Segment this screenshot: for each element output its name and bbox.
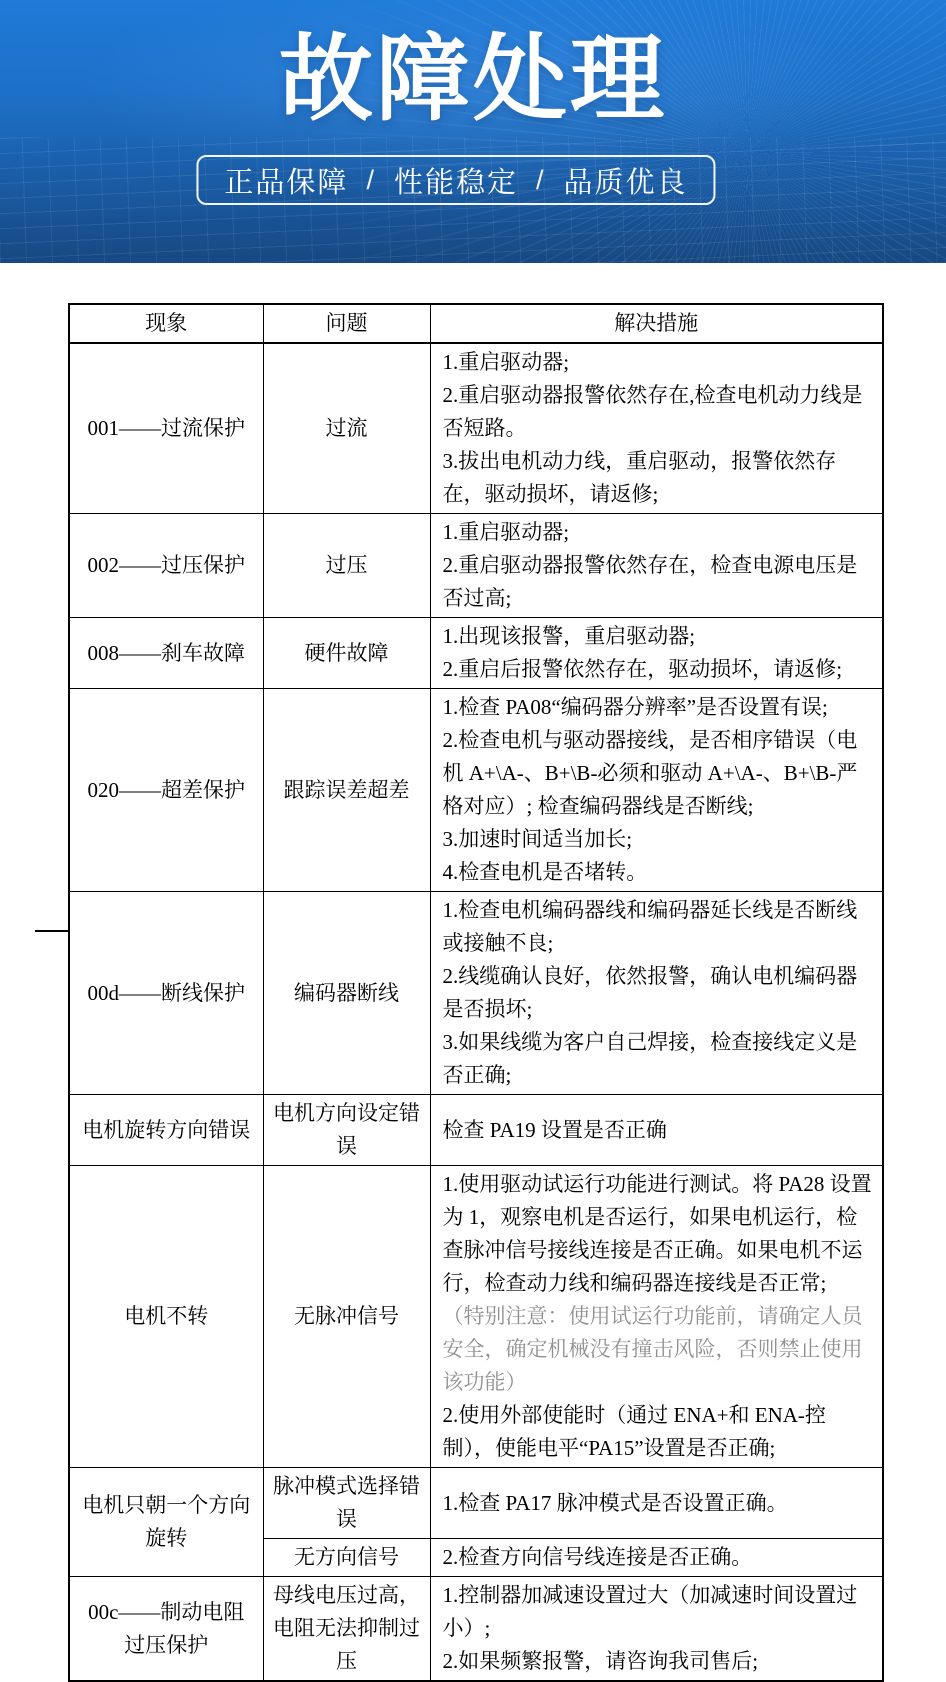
solution-line: 2.重启驱动器报警依然存在,检查电机动力线是否短路。: [443, 379, 875, 445]
quality-badge: 正品保障 / 性能稳定 / 品质优良: [196, 155, 715, 205]
table-row: 008——刹车故障 硬件故障 1.出现该报警，重启驱动器; 2.重启后报警依然存…: [69, 618, 883, 689]
solution-cell: 1.出现该报警，重启驱动器; 2.重启后报警依然存在，驱动损坏，请返修;: [430, 618, 883, 689]
phenomenon-cell: 电机旋转方向错误: [69, 1095, 263, 1166]
table-row: 电机只朝一个方向旋转 脉冲模式选择错误 1.检查 PA17 脉冲模式是否设置正确…: [69, 1468, 883, 1539]
phenomenon-cell: 00c——制动电阻过压保护: [69, 1577, 263, 1682]
badge-separator: /: [534, 165, 548, 196]
solution-line: 2.重启后报警依然存在，驱动损坏，请返修;: [443, 653, 875, 686]
table-row: 电机不转 无脉冲信号 1.使用驱动试运行功能进行测试。将 PA28 设置为 1，…: [69, 1166, 883, 1468]
badge-separator: /: [364, 165, 378, 196]
problem-cell: 过压: [263, 514, 430, 618]
fault-table: 现象 问题 解决措施 001——过流保护 过流 1.重启驱动器; 2.重启驱动器…: [68, 303, 884, 1682]
solution-cell: 1.检查电机编码器线和编码器延长线是否断线或接触不良; 2.线缆确认良好，依然报…: [430, 892, 883, 1095]
solution-cell: 1.检查 PA17 脉冲模式是否设置正确。: [430, 1468, 883, 1539]
problem-cell: 无方向信号: [263, 1539, 430, 1577]
table-row: 020——超差保护 跟踪误差超差 1.检查 PA08“编码器分辨率”是否设置有误…: [69, 689, 883, 892]
table-row: 电机旋转方向错误 电机方向设定错误 检查 PA19 设置是否正确: [69, 1095, 883, 1166]
solution-note-line: （特别注意：使用试运行功能前，请确定人员安全，确定机械没有撞击风险，否则禁止使用…: [443, 1300, 875, 1399]
solution-cell: 1.控制器加减速设置过大（加减速时间设置过小）; 2.如果频繁报警，请咨询我司售…: [430, 1577, 883, 1682]
solution-line: 1.出现该报警，重启驱动器;: [443, 620, 875, 653]
solution-cell: 1.重启驱动器; 2.重启驱动器报警依然存在，检查电源电压是否过高;: [430, 514, 883, 618]
solution-line: 3.加速时间适当加长;: [443, 823, 875, 856]
badge-item: 品质优良: [563, 160, 687, 201]
problem-cell: 无脉冲信号: [263, 1166, 430, 1468]
solution-line: 检查 PA19 设置是否正确: [443, 1114, 875, 1147]
problem-cell: 脉冲模式选择错误: [263, 1468, 430, 1539]
solution-line: 2.使用外部使能时（通过 ENA+和 ENA-控制），使能电平“PA15”设置是…: [443, 1399, 875, 1465]
solution-line: 3.拔出电机动力线，重启驱动，报警依然存在，驱动损坏，请返修;: [443, 445, 875, 511]
solution-line: 1.检查 PA08“编码器分辨率”是否设置有误;: [443, 691, 875, 724]
problem-cell: 电机方向设定错误: [263, 1095, 430, 1166]
problem-cell: 编码器断线: [263, 892, 430, 1095]
phenomenon-cell: 00d——断线保护: [69, 892, 263, 1095]
solution-line: 2.检查电机与驱动器接线，是否相序错误（电机 A+\A-、B+\B-必须和驱动 …: [443, 724, 875, 823]
solution-line: 1.检查电机编码器线和编码器延长线是否断线或接触不良;: [443, 894, 875, 960]
problem-cell: 母线电压过高，电阻无法抑制过压: [263, 1577, 430, 1682]
table-row: 002——过压保护 过压 1.重启驱动器; 2.重启驱动器报警依然存在，检查电源…: [69, 514, 883, 618]
solution-line: 1.检查 PA17 脉冲模式是否设置正确。: [443, 1487, 875, 1520]
phenomenon-cell: 002——过压保护: [69, 514, 263, 618]
hero-banner: 故障处理 正品保障 / 性能稳定 / 品质优良: [0, 0, 946, 263]
solution-line: 3.如果线缆为客户自己焊接，检查接线定义是否正确;: [443, 1026, 875, 1092]
problem-cell: 硬件故障: [263, 618, 430, 689]
phenomenon-cell: 008——刹车故障: [69, 618, 263, 689]
solution-line: 1.控制器加减速设置过大（加减速时间设置过小）;: [443, 1579, 875, 1645]
table-row: 00c——制动电阻过压保护 母线电压过高，电阻无法抑制过压 1.控制器加减速设置…: [69, 1577, 883, 1682]
solution-cell: 2.检查方向信号线连接是否正确。: [430, 1539, 883, 1577]
solution-line: 4.检查电机是否堵转。: [443, 856, 875, 889]
page-title: 故障处理: [0, 26, 946, 131]
table-row: 00d——断线保护 编码器断线 1.检查电机编码器线和编码器延长线是否断线或接触…: [69, 892, 883, 1095]
header-solution: 解决措施: [430, 304, 883, 343]
troubleshooting-section: 现象 问题 解决措施 001——过流保护 过流 1.重启驱动器; 2.重启驱动器…: [0, 263, 946, 1682]
table-header-row: 现象 问题 解决措施: [69, 304, 883, 343]
header-problem: 问题: [263, 304, 430, 343]
solution-cell: 1.重启驱动器; 2.重启驱动器报警依然存在,检查电机动力线是否短路。 3.拔出…: [430, 343, 883, 514]
badge-item: 性能稳定: [394, 160, 518, 201]
phenomenon-cell: 电机只朝一个方向旋转: [69, 1468, 263, 1577]
solution-cell: 检查 PA19 设置是否正确: [430, 1095, 883, 1166]
phenomenon-cell: 020——超差保护: [69, 689, 263, 892]
solution-line: 2.检查方向信号线连接是否正确。: [443, 1541, 875, 1574]
badge-item: 正品保障: [224, 160, 348, 201]
header-phenomenon: 现象: [69, 304, 263, 343]
phenomenon-cell: 001——过流保护: [69, 343, 263, 514]
left-tick-mark: [35, 930, 69, 932]
phenomenon-cell: 电机不转: [69, 1166, 263, 1468]
problem-cell: 跟踪误差超差: [263, 689, 430, 892]
solution-line: 1.重启驱动器;: [443, 516, 875, 549]
solution-cell: 1.检查 PA08“编码器分辨率”是否设置有误; 2.检查电机与驱动器接线，是否…: [430, 689, 883, 892]
table-row: 001——过流保护 过流 1.重启驱动器; 2.重启驱动器报警依然存在,检查电机…: [69, 343, 883, 514]
problem-cell: 过流: [263, 343, 430, 514]
solution-cell: 1.使用驱动试运行功能进行测试。将 PA28 设置为 1，观察电机是否运行，如果…: [430, 1166, 883, 1468]
solution-line: 1.使用驱动试运行功能进行测试。将 PA28 设置为 1，观察电机是否运行，如果…: [443, 1168, 875, 1300]
solution-line: 2.线缆确认良好，依然报警，确认电机编码器是否损坏;: [443, 960, 875, 1026]
solution-line: 2.重启驱动器报警依然存在，检查电源电压是否过高;: [443, 549, 875, 615]
solution-line: 1.重启驱动器;: [443, 346, 875, 379]
solution-line: 2.如果频繁报警，请咨询我司售后;: [443, 1645, 875, 1678]
